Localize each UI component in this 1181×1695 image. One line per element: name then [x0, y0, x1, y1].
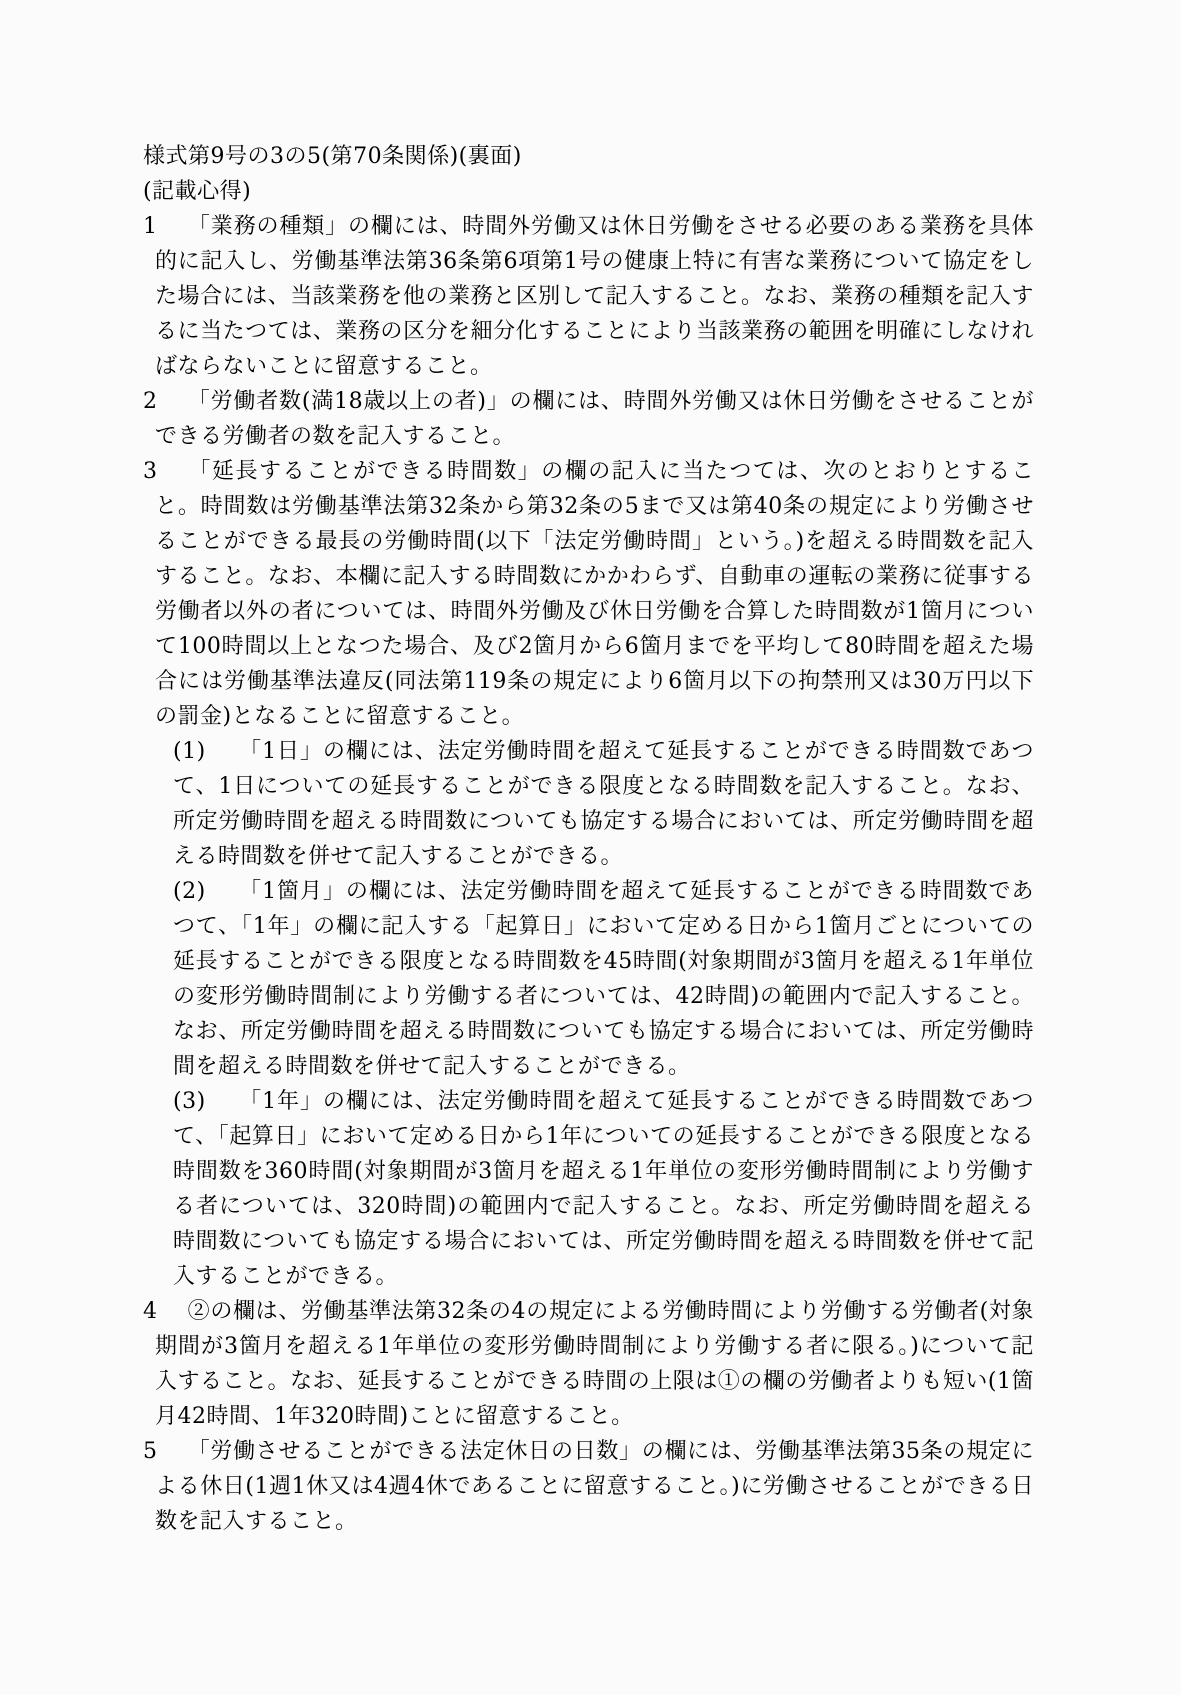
clause-4-text: ②の欄は、労働基準法第32条の4の規定による労働時間により労働する労働者(対象期…	[155, 1299, 1034, 1429]
clause-4-number: 4	[143, 1299, 158, 1324]
clause-2-text: 「労働者数(満18歳以上の者)」の欄には、時間外労働又は休日労働をさせることがで…	[155, 389, 1034, 449]
clause-1-number: 1	[143, 214, 158, 239]
clause-1: 1「業務の種類」の欄には、時間外労働又は休日労働をさせる必要のある業務を具体的に…	[143, 209, 1034, 384]
form-number-line: 様式第9号の3の5(第70条関係)(裏面)	[143, 139, 1034, 174]
document-page: 様式第9号の3の5(第70条関係)(裏面) (記載心得) 1「業務の種類」の欄に…	[0, 0, 1181, 1695]
clause-5: 5「労働させることができる法定休日の日数」の欄には、労働基準法第35条の規定によ…	[143, 1434, 1034, 1539]
subclause-3-3-text: 「1年」の欄には、法定労働時間を超えて延長することができる時間数であつて、「起算…	[173, 1089, 1034, 1289]
clause-5-text: 「労働させることができる法定休日の日数」の欄には、労働基準法第35条の規定による…	[155, 1439, 1034, 1534]
clause-3: 3「延長することができる時間数」の欄の記入に当たつては、次のとおりとすること。時…	[143, 454, 1034, 734]
subclause-3-1-number: (1)	[173, 739, 206, 764]
clause-2-number: 2	[143, 389, 158, 414]
subclause-3-3-number: (3)	[173, 1089, 206, 1114]
clause-2: 2「労働者数(満18歳以上の者)」の欄には、時間外労働又は休日労働をさせることが…	[143, 384, 1034, 454]
subclause-3-3: (3)「1年」の欄には、法定労働時間を超えて延長することができる時間数であつて、…	[173, 1084, 1034, 1294]
clause-4: 4②の欄は、労働基準法第32条の4の規定による労働時間により労働する労働者(対象…	[143, 1294, 1034, 1434]
subclause-3-2-text: 「1箇月」の欄には、法定労働時間を超えて延長することができる時間数であつて、「1…	[173, 879, 1034, 1079]
subclause-3-2-number: (2)	[173, 879, 206, 904]
subclause-3-2: (2)「1箇月」の欄には、法定労働時間を超えて延長することができる時間数であつて…	[173, 874, 1034, 1084]
clause-1-text: 「業務の種類」の欄には、時間外労働又は休日労働をさせる必要のある業務を具体的に記…	[155, 214, 1034, 379]
subclause-3-1: (1)「1日」の欄には、法定労働時間を超えて延長することができる時間数であつて、…	[173, 734, 1034, 874]
clause-5-number: 5	[143, 1439, 158, 1464]
clause-3-number: 3	[143, 459, 158, 484]
clause-3-text: 「延長することができる時間数」の欄の記入に当たつては、次のとおりとすること。時間…	[155, 459, 1034, 729]
subclause-3-1-text: 「1日」の欄には、法定労働時間を超えて延長することができる時間数であつて、1日に…	[173, 739, 1034, 869]
heading-line: (記載心得)	[143, 174, 1034, 209]
